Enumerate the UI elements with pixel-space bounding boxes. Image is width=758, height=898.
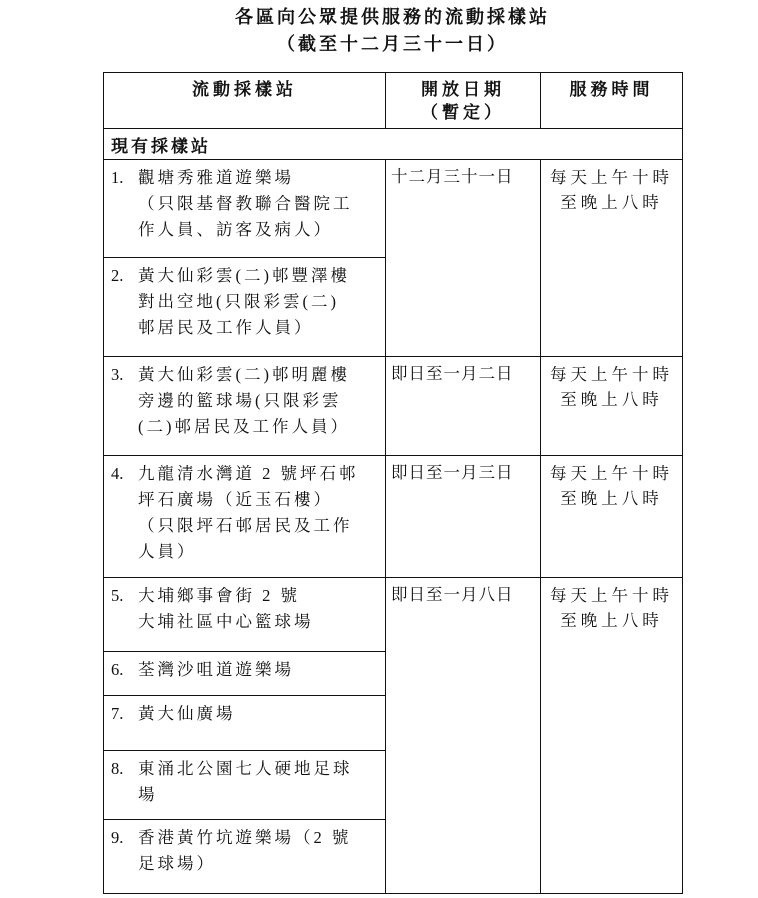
station-cell: 5. 大埔鄉事會街 2 號 大埔社區中心籃球場 <box>104 578 386 652</box>
service-hours-line: 至晚上八時 <box>546 190 677 215</box>
station-number: 1. <box>109 165 138 191</box>
station-number: 4. <box>109 461 138 487</box>
header-open-date-line2: （暫定） <box>391 101 535 124</box>
station-number: 3. <box>109 362 138 388</box>
station-line: 大埔鄉事會街 2 號 <box>138 583 380 609</box>
service-hours-cell: 每天上午十時 至晚上八時 <box>541 578 683 894</box>
table-header-row: 流動採樣站 開放日期 （暫定） 服務時間 <box>104 73 683 129</box>
station-line: （只限基督教聯合醫院工 <box>138 191 380 217</box>
station-number: 6. <box>109 657 138 683</box>
section-label: 現有採樣站 <box>104 129 683 160</box>
station-line: 旁邊的籃球場(只限彩雲 <box>138 388 380 414</box>
station-line: 九龍清水灣道 2 號坪石邨 <box>138 461 380 487</box>
open-date-cell: 即日至一月八日 <box>386 578 541 894</box>
station-line: 黃大仙彩雲(二)邨明麗樓 <box>138 362 380 388</box>
service-hours-line: 至晚上八時 <box>546 387 677 412</box>
open-date-cell: 即日至一月二日 <box>386 357 541 456</box>
station-cell: 8. 東涌北公園七人硬地足球 場 <box>104 751 386 820</box>
table-row: 5. 大埔鄉事會街 2 號 大埔社區中心籃球場 即日至一月八日 每天上午十時 至… <box>104 578 683 652</box>
service-hours-cell: 每天上午十時 至晚上八時 <box>541 456 683 578</box>
station-cell: 9. 香港黃竹坑遊樂場（2 號 足球場） <box>104 820 386 894</box>
service-hours-cell: 每天上午十時 至晚上八時 <box>541 357 683 456</box>
station-cell: 7. 黃大仙廣場 <box>104 696 386 751</box>
sampling-stations-table: 流動採樣站 開放日期 （暫定） 服務時間 現有採樣站 1. 觀塘秀雅道遊樂場 （… <box>103 72 683 894</box>
station-line: 黃大仙彩雲(二)邨豐澤樓 <box>138 263 380 289</box>
station-line: 作人員、訪客及病人） <box>138 217 380 243</box>
service-hours-line: 每天上午十時 <box>546 165 677 190</box>
table-row: 4. 九龍清水灣道 2 號坪石邨 坪石廣場（近玉石樓） （只限坪石邨居民及工作 … <box>104 456 683 578</box>
title-line-2: （截至十二月三十一日） <box>103 31 682 58</box>
service-hours-cell: 每天上午十時 至晚上八時 <box>541 160 683 357</box>
station-line: 黃大仙廣場 <box>138 701 380 727</box>
station-line: 香港黃竹坑遊樂場（2 號 <box>138 825 380 851</box>
service-hours-line: 每天上午十時 <box>546 583 677 608</box>
station-cell: 1. 觀塘秀雅道遊樂場 （只限基督教聯合醫院工 作人員、訪客及病人） <box>104 160 386 258</box>
service-hours-line: 每天上午十時 <box>546 461 677 486</box>
station-line: 坪石廣場（近玉石樓） <box>138 487 380 513</box>
station-cell: 6. 荃灣沙咀道遊樂場 <box>104 652 386 696</box>
station-line: (二)邨居民及工作人員） <box>138 414 380 440</box>
station-line: 觀塘秀雅道遊樂場 <box>138 165 380 191</box>
station-line: 邨居民及工作人員） <box>138 315 380 341</box>
document-page: 各區向公眾提供服務的流動採樣站 （截至十二月三十一日） 流動採樣站 開放日期 （… <box>0 0 758 898</box>
header-open-date: 開放日期 （暫定） <box>386 73 541 129</box>
station-cell: 3. 黃大仙彩雲(二)邨明麗樓 旁邊的籃球場(只限彩雲 (二)邨居民及工作人員） <box>104 357 386 456</box>
station-line: 大埔社區中心籃球場 <box>138 609 380 635</box>
header-open-date-line1: 開放日期 <box>391 78 535 101</box>
title-line-1: 各區向公眾提供服務的流動採樣站 <box>103 4 682 31</box>
header-station: 流動採樣站 <box>104 73 386 129</box>
section-row: 現有採樣站 <box>104 129 683 160</box>
station-line: 對出空地(只限彩雲(二) <box>138 289 380 315</box>
station-line: 人員） <box>138 539 380 565</box>
station-cell: 4. 九龍清水灣道 2 號坪石邨 坪石廣場（近玉石樓） （只限坪石邨居民及工作 … <box>104 456 386 578</box>
station-line: 足球場） <box>138 851 380 877</box>
station-line: 東涌北公園七人硬地足球 <box>138 756 380 782</box>
station-number: 5. <box>109 583 138 609</box>
station-cell: 2. 黃大仙彩雲(二)邨豐澤樓 對出空地(只限彩雲(二) 邨居民及工作人員） <box>104 258 386 357</box>
station-line: 場 <box>138 782 380 808</box>
header-service-hours: 服務時間 <box>541 73 683 129</box>
station-line: 荃灣沙咀道遊樂場 <box>138 657 380 683</box>
table-row: 3. 黃大仙彩雲(二)邨明麗樓 旁邊的籃球場(只限彩雲 (二)邨居民及工作人員）… <box>104 357 683 456</box>
service-hours-line: 至晚上八時 <box>546 608 677 633</box>
table-row: 1. 觀塘秀雅道遊樂場 （只限基督教聯合醫院工 作人員、訪客及病人） 十二月三十… <box>104 160 683 258</box>
document-title: 各區向公眾提供服務的流動採樣站 （截至十二月三十一日） <box>103 4 682 58</box>
station-number: 2. <box>109 263 138 289</box>
station-number: 7. <box>109 701 138 727</box>
open-date-cell: 十二月三十一日 <box>386 160 541 357</box>
open-date-cell: 即日至一月三日 <box>386 456 541 578</box>
service-hours-line: 至晚上八時 <box>546 486 677 511</box>
service-hours-line: 每天上午十時 <box>546 362 677 387</box>
station-line: （只限坪石邨居民及工作 <box>138 513 380 539</box>
station-number: 8. <box>109 756 138 782</box>
station-number: 9. <box>109 825 138 851</box>
